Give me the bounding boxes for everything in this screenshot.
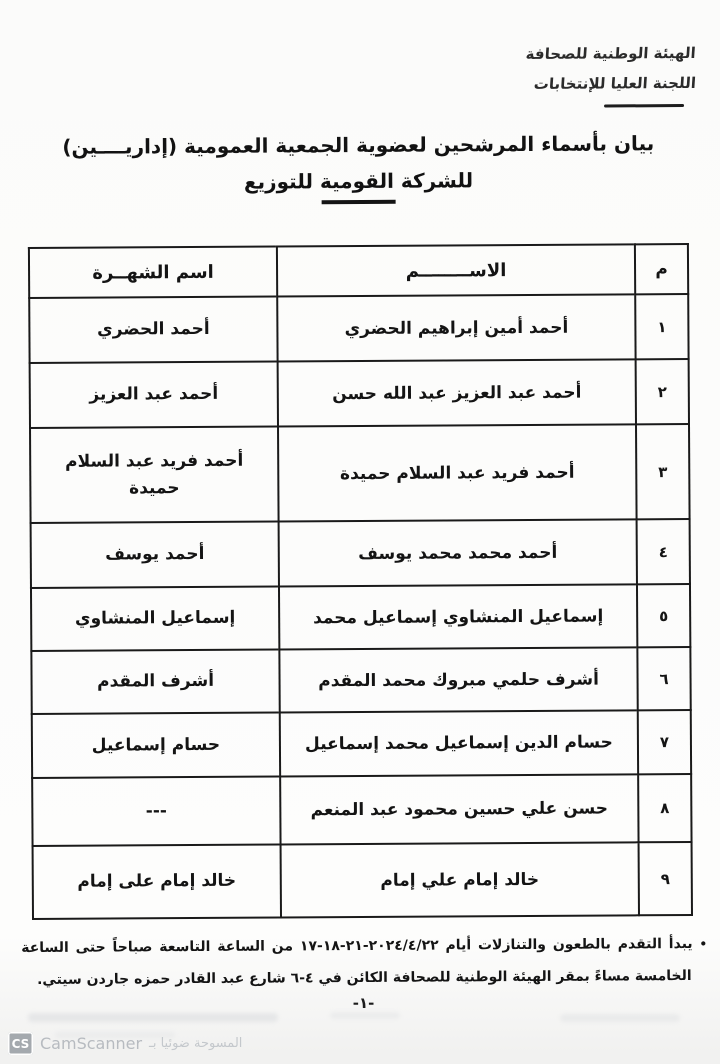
footer-note-line-1: • يبدأ التقدم بالطعون والتنازلات أيام ٢٠… [21, 929, 707, 964]
letterhead-stamp: الهيئة الوطنية للصحافة اللجنة العليا للإ… [526, 38, 696, 108]
camscanner-brand-text: CamScanner [40, 1034, 142, 1053]
letterhead-underline [604, 104, 684, 107]
row-nickname: حسام إسماعيل [32, 712, 280, 778]
row-index: ٦ [637, 647, 690, 710]
row-name: حسام الدين إسماعيل محمد إسماعيل [280, 710, 638, 776]
title-line-1: بيان بأسماء المرشحين لعضوية الجمعية العم… [0, 131, 718, 159]
candidates-table: م الاســــــــم اسم الشهــرة ١ أحمد أمين… [28, 243, 693, 920]
footer-text-after-dates: من الساعة التاسعة صباحاً حتى الساعة [21, 938, 293, 956]
row-nickname: أحمد عبد العزيز [30, 362, 278, 429]
camscanner-watermark: CS CamScanner المسوحة ضوئيا بـ [8, 1032, 242, 1055]
row-index: ٢ [636, 359, 689, 424]
document-title: بيان بأسماء المرشحين لعضوية الجمعية العم… [0, 131, 719, 206]
row-name: أحمد أمين إبراهيم الحضري [277, 294, 635, 361]
footer-address-before: الخامسة مساءً بمقر الهيئة الوطنية للصحاف… [318, 968, 691, 986]
footer-bullet: • [699, 937, 707, 951]
title-line-2: للشركة القومية للتوزيع [0, 167, 719, 195]
table-header-row: م الاســــــــم اسم الشهــرة [29, 244, 688, 298]
row-index: ٣ [636, 424, 690, 519]
row-nickname: خالد إمام على إمام [33, 844, 281, 919]
header-index: م [635, 244, 688, 294]
row-nickname: أحمد فريد عبد السلام حميدة [30, 427, 279, 524]
row-name: خالد إمام علي إمام [281, 842, 639, 917]
scan-smudge [560, 1014, 680, 1022]
table-row: ٤ أحمد محمد محمد يوسف أحمد يوسف [31, 519, 690, 588]
page-number: -١- [3, 992, 720, 1014]
table-row: ٥ إسماعيل المنشاوي إسماعيل محمد إسماعيل … [31, 584, 690, 651]
row-nickname: --- [32, 776, 280, 846]
row-name: حسن علي حسين محمود عبد المنعم [280, 774, 638, 844]
row-index: ٥ [637, 584, 690, 647]
title-underline [322, 200, 396, 204]
table-row: ١ أحمد أمين إبراهيم الحضري أحمد الحضري [29, 294, 688, 363]
row-name: أحمد محمد محمد يوسف [279, 519, 637, 586]
camscanner-arabic-text: المسوحة ضوئيا بـ [149, 1036, 242, 1051]
row-name: إسماعيل المنشاوي إسماعيل محمد [279, 584, 637, 649]
scan-smudge [330, 1012, 400, 1019]
footer-address-after: شارع عبد القادر حمزه جاردن سيتي. [37, 970, 286, 988]
footer-note: • يبدأ التقدم بالطعون والتنازلات أيام ٢٠… [21, 929, 707, 996]
letterhead-committee-name: اللجنة العليا للإنتخابات [525, 68, 697, 99]
table-row: ٣ أحمد فريد عبد السلام حميدة أحمد فريد ع… [30, 424, 690, 523]
row-index: ٤ [637, 519, 690, 584]
table-row: ٨ حسن علي حسين محمود عبد المنعم --- [32, 774, 691, 846]
row-name: أحمد فريد عبد السلام حميدة [278, 424, 637, 521]
camscanner-logo-icon: CS [8, 1032, 33, 1055]
scan-smudge [28, 1013, 278, 1022]
table-row: ٩ خالد إمام علي إمام خالد إمام على إمام [33, 842, 692, 919]
row-index: ٨ [638, 774, 691, 842]
letterhead-authority-name: الهيئة الوطنية للصحافة [525, 38, 697, 69]
row-name: أحمد عبد العزيز عبد الله حسن [278, 359, 636, 426]
header-name: الاســــــــم [277, 244, 635, 296]
footer-text-before-dates: يبدأ التقدم بالطعون والتنازلات أيام [445, 936, 692, 954]
header-nickname: اسم الشهــرة [29, 247, 277, 299]
footer-dates: ٢٠٢٤/٤/٢٢-٢١-١٨-١٧ [300, 938, 439, 955]
row-name: أشرف حلمي مبروك محمد المقدم [279, 647, 637, 712]
row-nickname: أحمد الحضري [29, 297, 277, 364]
row-index: ٧ [638, 710, 691, 774]
table-row: ٦ أشرف حلمي مبروك محمد المقدم أشرف المقد… [31, 647, 690, 714]
row-index: ١ [635, 294, 688, 359]
document-content: الهيئة الوطنية للصحافة اللجنة العليا للإ… [0, 0, 720, 1064]
row-nickname: إسماعيل المنشاوي [31, 586, 279, 651]
table-row: ٢ أحمد عبد العزيز عبد الله حسن أحمد عبد … [30, 359, 689, 428]
table-row: ٧ حسام الدين إسماعيل محمد إسماعيل حسام إ… [32, 710, 691, 778]
row-nickname: أشرف المقدم [31, 649, 279, 714]
row-nickname: أحمد يوسف [31, 521, 279, 588]
footer-address-numbers: ٤-٦ [291, 970, 314, 986]
scanned-document-page: الهيئة الوطنية للصحافة اللجنة العليا للإ… [0, 0, 720, 1064]
row-index: ٩ [639, 842, 692, 915]
footer-note-line-2: الخامسة مساءً بمقر الهيئة الوطنية للصحاف… [21, 961, 707, 996]
